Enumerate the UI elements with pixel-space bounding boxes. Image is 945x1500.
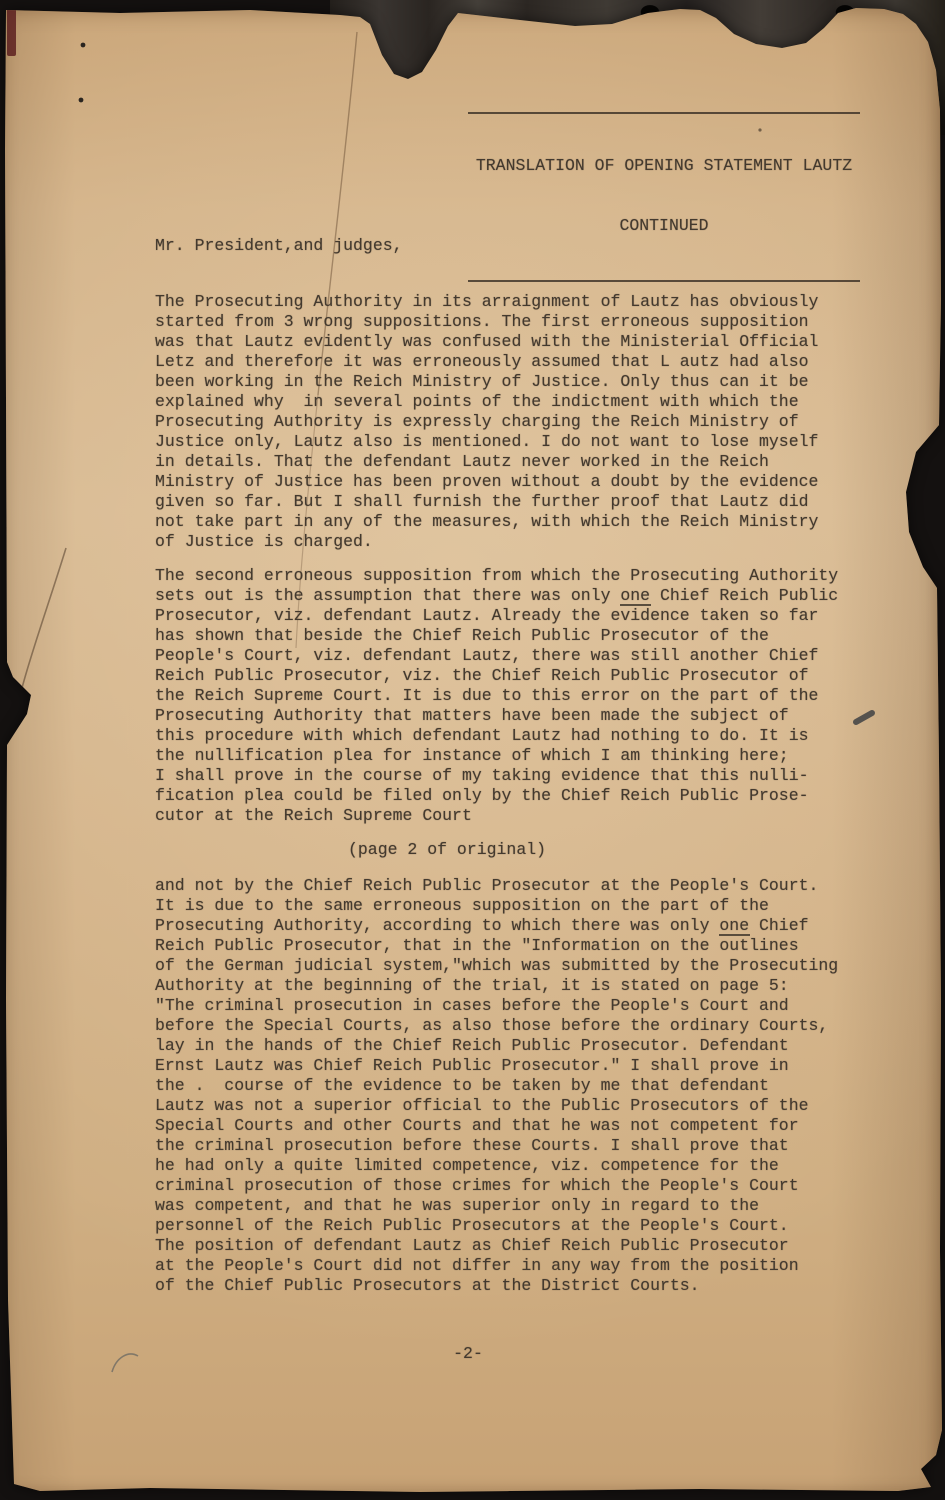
document-header: TRANSLATION OF OPENING STATEMENT LAUTZ C… [468,112,860,282]
pencil-arc-mark [112,1354,138,1372]
paragraph-3: and not by the Chief Reich Public Prosec… [155,876,847,1296]
scanned-document-page: TRANSLATION OF OPENING STATEMENT LAUTZ C… [0,0,945,1500]
underline-one-mark [620,604,651,606]
pencil-smudge-mark [856,713,872,722]
ink-speck [81,43,86,48]
ink-speck [79,98,84,103]
underline-one-mark [719,934,750,936]
paper-crease [22,548,66,688]
paragraph-2: The second erroneous supposition from wh… [155,566,847,826]
red-edge-mark [7,2,16,56]
header-line-1: TRANSLATION OF OPENING STATEMENT LAUTZ [468,156,860,176]
paper-sheet-wrap: TRANSLATION OF OPENING STATEMENT LAUTZ C… [0,0,945,1500]
salutation: Mr. President,and judges, [155,236,845,256]
page-2-of-original-note: (page 2 of original) [348,840,546,860]
paper-sheet: TRANSLATION OF OPENING STATEMENT LAUTZ C… [0,0,945,1500]
header-line-2: CONTINUED [468,216,860,236]
paragraph-1: The Prosecuting Authority in its arraign… [155,292,847,552]
page-number: -2- [408,1344,528,1364]
